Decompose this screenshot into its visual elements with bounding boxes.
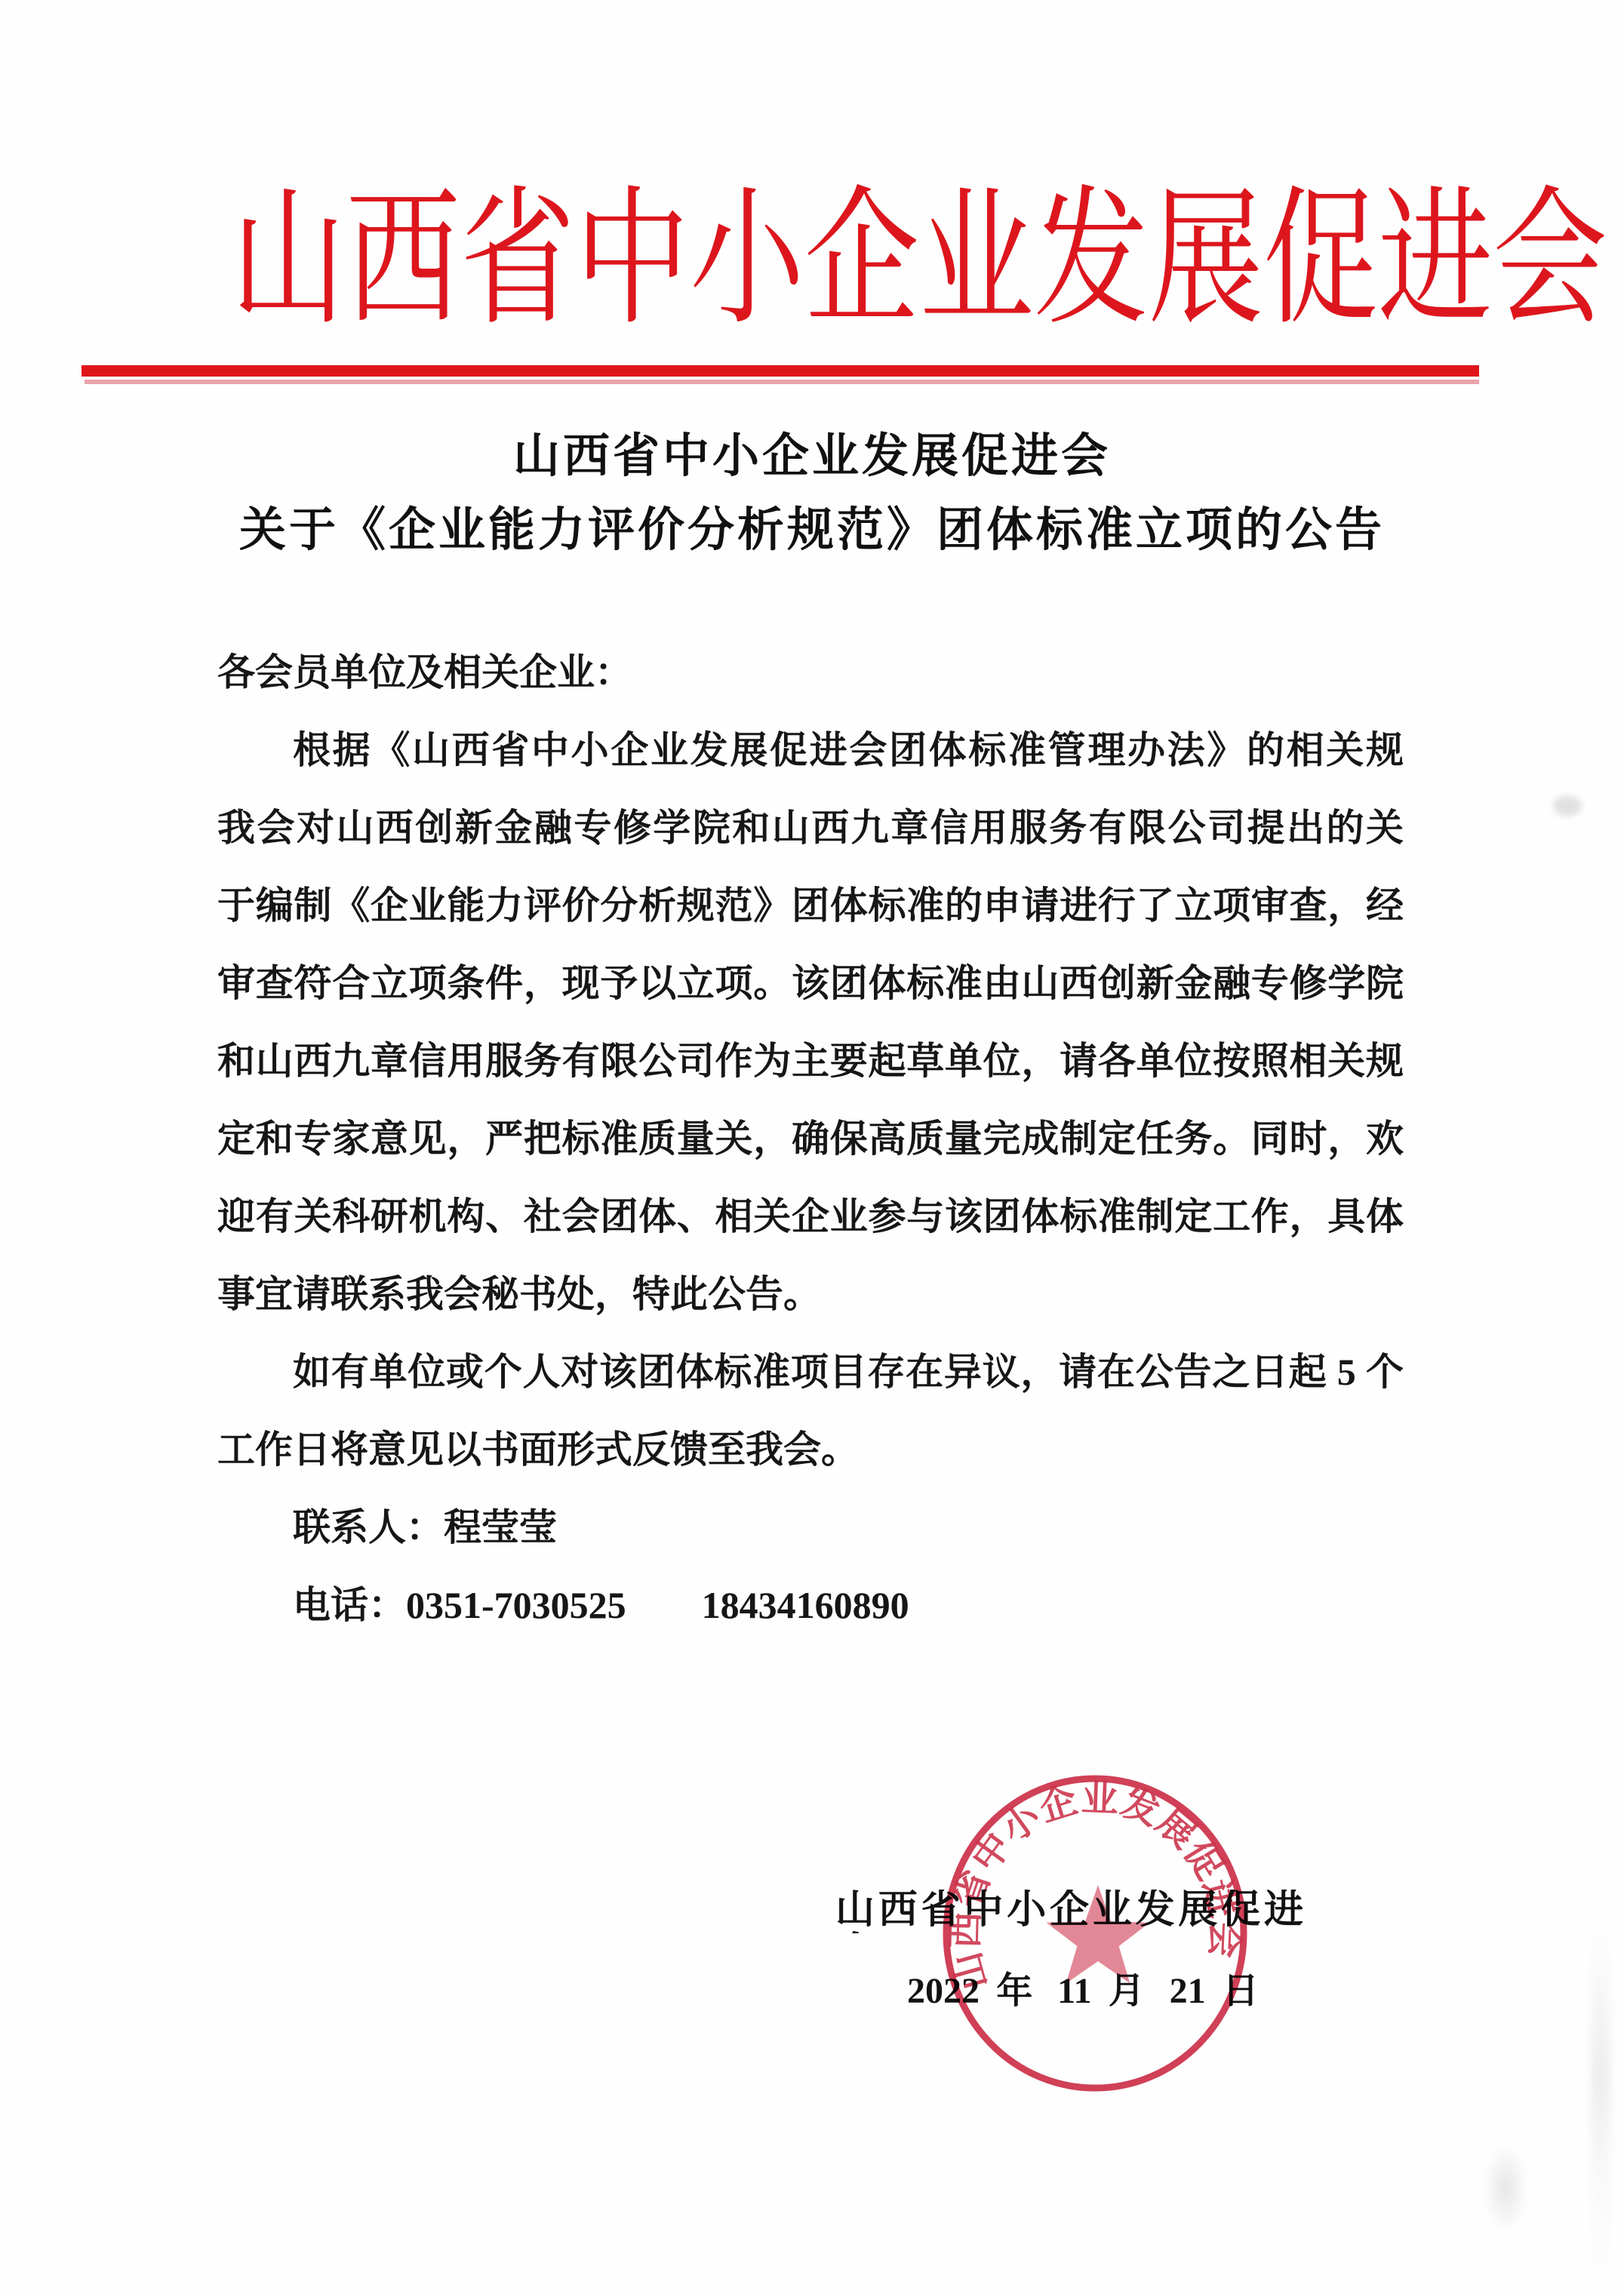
body-line: 迎有关科研机构、社会团体、相关企业参与该团体标准制定工作，具体 bbox=[217, 1178, 1404, 1256]
body-line: 根据《山西省中小企业发展促进会团体标准管理办法》的相关规定， bbox=[217, 712, 1404, 789]
official-seal-stamp: 山西省中小企业发展促进会 bbox=[940, 1773, 1250, 2093]
title-line-2: 关于《企业能力评价分析规范》团体标准立项的公告 bbox=[0, 494, 1624, 567]
document-title: 山西省中小企业发展促进会 关于《企业能力评价分析规范》团体标准立项的公告 bbox=[0, 420, 1624, 567]
scan-artifact bbox=[1483, 2143, 1528, 2234]
masthead-rule-shadow bbox=[85, 380, 1479, 384]
masthead-org-name: 山西省中小企业发展促进会 bbox=[231, 180, 1461, 391]
body-line: 事宜请联系我会秘书处，特此公告。 bbox=[217, 1256, 1404, 1333]
contact-phone-line: 电话：0351-7030525 18434160890 bbox=[217, 1567, 1404, 1644]
body-line: 审查符合立项条件，现予以立项。该团体标准由山西创新金融专修学院 bbox=[217, 945, 1404, 1022]
body-line: 我会对山西创新金融专修学院和山西九章信用服务有限公司提出的关 bbox=[217, 789, 1404, 867]
body-text: 各会员单位及相关企业： 根据《山西省中小企业发展促进会团体标准管理办法》的相关规… bbox=[217, 634, 1404, 1644]
body-line: 如有单位或个人对该团体标准项目存在异议，请在公告之日起 5 个 bbox=[217, 1333, 1404, 1411]
masthead-rule bbox=[82, 365, 1479, 377]
body-line: 定和专家意见，严把标准质量关，确保高质量完成制定任务。同时，欢 bbox=[217, 1100, 1404, 1178]
scan-artifact bbox=[1553, 795, 1582, 816]
star-icon bbox=[1047, 1885, 1150, 1983]
contact-person-line: 联系人：程莹莹 bbox=[217, 1489, 1404, 1567]
body-line-salutation: 各会员单位及相关企业： bbox=[217, 634, 1404, 712]
body-line: 和山西九章信用服务有限公司作为主要起草单位，请各单位按照相关规 bbox=[217, 1022, 1404, 1100]
body-line: 工作日将意见以书面形式反馈至我会。 bbox=[217, 1411, 1404, 1489]
scan-artifact bbox=[1591, 1932, 1610, 2286]
body-line: 于编制《企业能力评价分析规范》团体标准的申请进行了立项审查，经 bbox=[217, 867, 1404, 945]
title-line-1: 山西省中小企业发展促进会 bbox=[0, 420, 1624, 494]
scanned-announcement-page: 山西省中小企业发展促进会 山西省中小企业发展促进会 关于《企业能力评价分析规范》… bbox=[0, 0, 1624, 2291]
